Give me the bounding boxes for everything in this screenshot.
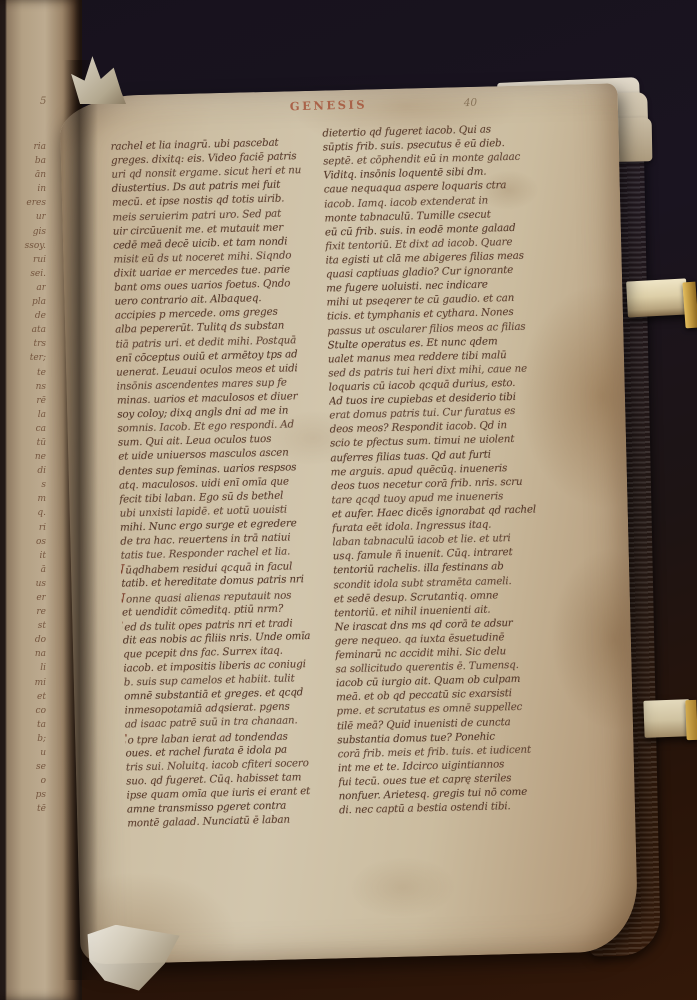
text-fragment: gis [10,225,46,239]
folio-number: 40 [464,97,478,109]
text-fragment: mi [10,676,46,690]
text-fragment: et [10,690,46,704]
text-column-left: rachel et lia inagrū. ubi pascebatgreges… [111,134,358,831]
text-fragment: ns [10,380,46,394]
clasp-gold-fitting-top [682,282,697,329]
text-fragment: ān [10,168,46,182]
text-fragment: in [10,182,46,196]
clasp-strap-bottom [643,699,690,738]
text-fragment: st [10,619,46,633]
manuscript-photo: 5 riabaānineresurgisssoy.ruisei.arpladea… [0,0,697,1000]
text-fragment: na [10,647,46,661]
text-fragment: ps [10,788,46,802]
text-fragment: pla [10,295,46,309]
text-fragment: rui [10,253,46,267]
text-fragment: ata [10,323,46,337]
running-title: GENESIS [290,97,368,113]
text-fragment: ur [10,210,46,224]
text-fragment: li [10,661,46,675]
text-fragment: trs [10,337,46,351]
text-fragment: m [10,492,46,506]
text-fragment: de [10,309,46,323]
text-fragment: se [10,760,46,774]
parchment-tab-bottom [84,923,180,993]
text-fragment: ā [10,563,46,577]
text-fragment: ba [10,154,46,168]
text-fragment: ria [10,140,46,154]
text-fragment: co [10,704,46,718]
facing-page-text-fragments: riabaānineresurgisssoy.ruisei.arpladeata… [10,140,46,817]
text-fragment: us [10,577,46,591]
text-fragment: u [10,746,46,760]
text-fragment: ter; [10,351,46,365]
text-fragment: ta [10,718,46,732]
text-fragment: te [10,366,46,380]
text-fragment: re [10,605,46,619]
text-fragment: it [10,549,46,563]
text-column-right: dietertio qd fugeret iacob. Qui assūptis… [322,121,575,818]
text-fragment: eres [10,196,46,210]
text-fragment: os [10,535,46,549]
text-fragment: di [10,464,46,478]
text-fragment: ri [10,521,46,535]
text-fragment: do [10,633,46,647]
parchment-page: GENESIS 40 rachel et lia inagrū. ubi pas… [59,83,638,964]
text-fragment: rē [10,394,46,408]
text-fragment: ca [10,422,46,436]
text-fragment: tē [10,802,46,816]
clasp-strap-top [626,278,688,317]
facing-page-margin-mark: 5 [40,96,46,107]
gutter-shadow [64,60,98,980]
text-fragment: er [10,591,46,605]
text-fragment: b; [10,732,46,746]
text-fragment: sei. [10,267,46,281]
text-fragment: o [10,774,46,788]
clasp-gold-fitting-bottom [685,700,697,740]
text-fragment: ar [10,281,46,295]
text-fragment: la [10,408,46,422]
text-fragment: ne [10,450,46,464]
text-fragment: q. [10,506,46,520]
text-fragment: tū [10,436,46,450]
text-fragment: ssoy. [10,239,46,253]
text-fragment: s [10,478,46,492]
